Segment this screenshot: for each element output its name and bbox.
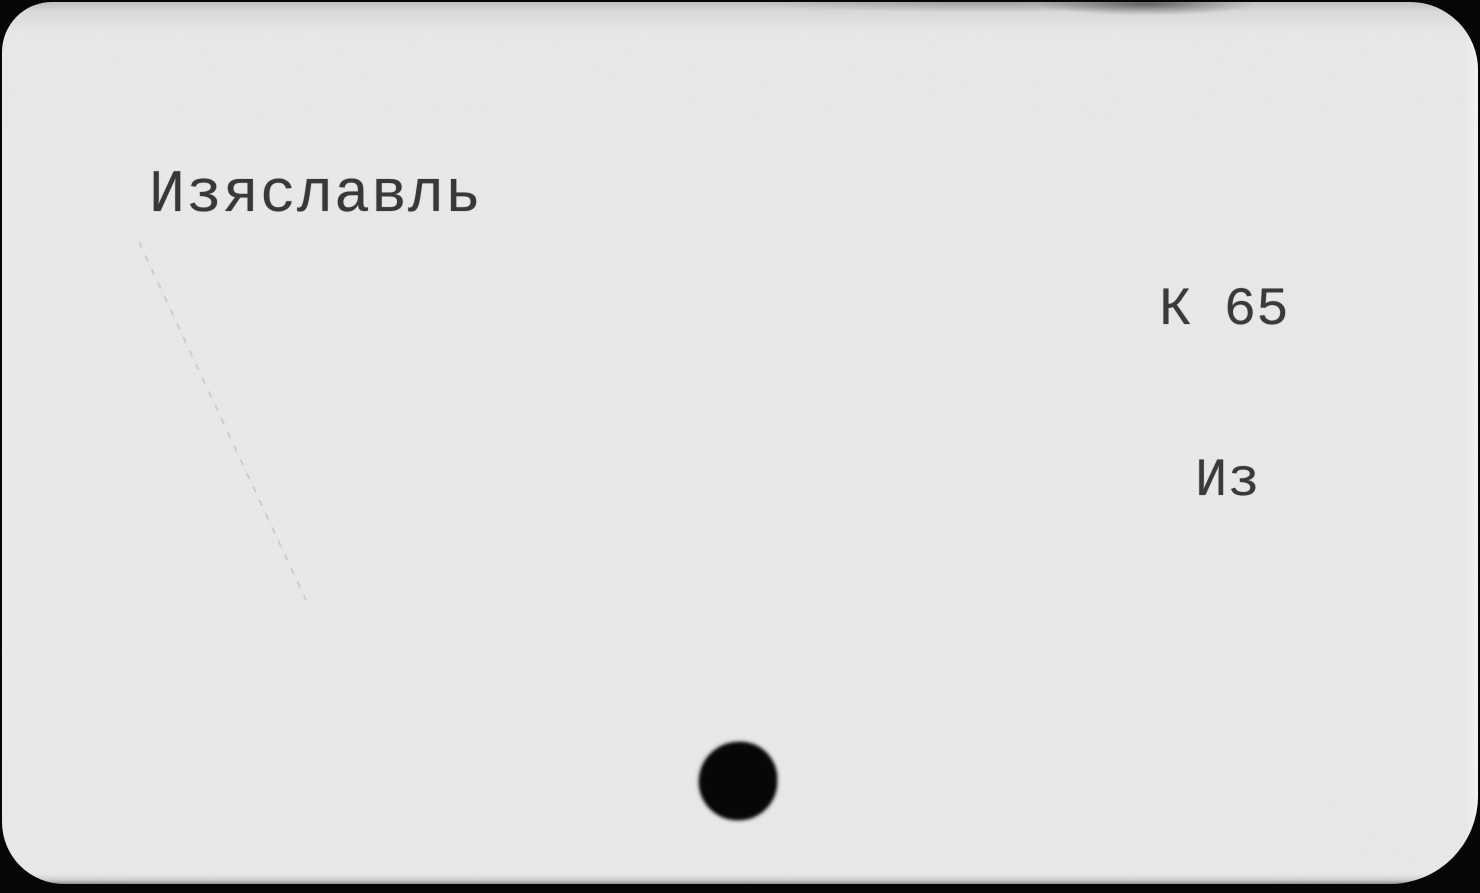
call-number-line2: Из (1159, 453, 1353, 510)
hole-punch-dot-icon (699, 742, 777, 820)
card-crease-mark (138, 242, 307, 601)
catalog-card: Изяславль К 65 Из (2, 2, 1478, 884)
scanner-background: Изяславль К 65 Из (0, 0, 1480, 893)
card-heading-place-name: Изяславль (149, 166, 482, 226)
call-number-line1: К 65 (1159, 282, 1353, 339)
call-number-block: К 65 Из (1159, 168, 1353, 624)
